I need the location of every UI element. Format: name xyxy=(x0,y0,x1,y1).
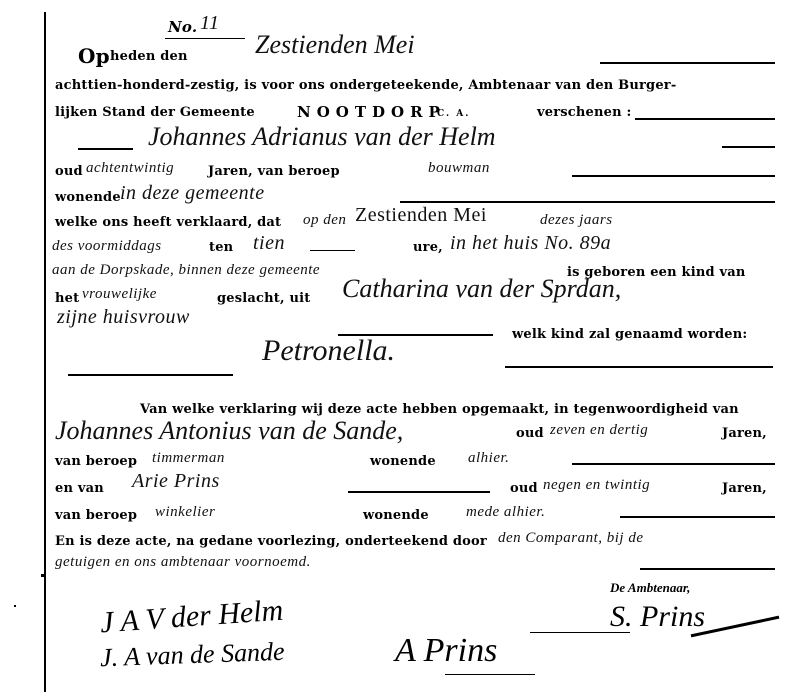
years-occupation-label: Jaren, van beroep xyxy=(208,164,340,179)
appeared-text: verschenen : xyxy=(537,105,632,120)
municipality-name: NOOTDORP xyxy=(297,103,446,121)
child-sex-handwritten: vrouwelijke xyxy=(82,286,157,303)
fill-line xyxy=(620,516,775,518)
wife-handwritten: zijne huisvrouw xyxy=(57,306,190,329)
father-occupation-handwritten: bouwman xyxy=(428,160,490,177)
witness1-residence-label: wonende xyxy=(370,454,436,469)
fill-line xyxy=(78,148,133,150)
date-handwritten: Zestienden Mei xyxy=(255,30,415,60)
opening-initial: Op xyxy=(78,44,110,68)
mother-name-handwritten: Catharina van der Sprdan, xyxy=(342,274,621,304)
witness2-occupation-label: van beroep xyxy=(55,508,137,523)
witness-intro-text: Van welke verklaring wij deze acte hebbe… xyxy=(140,402,739,417)
residence-label: wonende xyxy=(55,190,121,205)
fill-line xyxy=(310,250,355,251)
fill-line xyxy=(600,62,775,64)
age-label: oud xyxy=(55,164,83,179)
fill-line xyxy=(400,201,775,203)
fill-line xyxy=(635,118,775,120)
signature-witness1: J. A van de Sande xyxy=(100,637,286,673)
number-underline xyxy=(165,38,245,39)
witness1-residence-handwritten: alhier. xyxy=(468,450,509,467)
witness2-age-handwritten: negen en twintig xyxy=(543,477,650,494)
margin-mark xyxy=(14,605,16,607)
fill-line xyxy=(68,374,233,376)
father-age-handwritten: achtentwintig xyxy=(86,160,174,177)
municipality-abbrev: C. A. xyxy=(437,109,470,119)
witness2-years-label: Jaren, xyxy=(722,481,767,496)
birth-certificate-page: No. 11 Op heden den Zestienden Mei achtt… xyxy=(0,0,800,700)
witness2-residence-label: wonende xyxy=(363,508,429,523)
closing-continued-handwritten: getuigen en ons ambtenaar voornoemd. xyxy=(55,554,311,571)
hour-label: ure, xyxy=(413,240,443,255)
witness2-occupation-handwritten: winkelier xyxy=(155,504,215,521)
year-official-text: achttien-honderd-zestig, is voor ons ond… xyxy=(55,78,676,93)
witness2-age-label: oud xyxy=(510,481,538,496)
morning-handwritten: des voormiddags xyxy=(52,238,162,255)
left-margin-rule xyxy=(44,12,46,692)
witness1-occupation-label: van beroep xyxy=(55,454,137,469)
witness2-name-handwritten: Arie Prins xyxy=(132,470,220,493)
father-name-handwritten: Johannes Adrianus van der Helm xyxy=(148,122,496,152)
fill-line xyxy=(722,146,775,148)
closing-text: En is deze acte, na gedane voorlezing, o… xyxy=(55,534,487,549)
birth-street-handwritten: aan de Dorpskade, binnen deze gemeente xyxy=(52,262,320,279)
signature-underline xyxy=(445,674,535,675)
fill-line xyxy=(348,491,490,493)
witness2-residence-handwritten: mede alhier. xyxy=(466,504,545,521)
witness1-years-label: Jaren, xyxy=(722,426,767,441)
and-of-label: en van xyxy=(55,481,104,496)
witness1-age-label: oud xyxy=(516,426,544,441)
declared-text: welke ons heeft verklaard, dat xyxy=(55,215,281,230)
signature-father: J A V der Helm xyxy=(99,594,284,641)
fill-line xyxy=(572,463,775,465)
registrar-title: De Ambtenaar, xyxy=(610,580,690,596)
certificate-number-label: No. xyxy=(168,18,197,36)
birth-hour-handwritten: tien xyxy=(253,232,285,255)
birth-house-handwritten: in het huis No. 89a xyxy=(450,232,611,255)
fill-line xyxy=(505,366,773,368)
child-name-label: welk kind zal genaamd worden: xyxy=(512,327,747,342)
margin-mark xyxy=(41,574,44,577)
witness1-occupation-handwritten: timmerman xyxy=(152,450,225,467)
sex-from-label: geslacht, uit xyxy=(217,291,310,306)
child-name-handwritten: Petronella. xyxy=(262,334,395,368)
witness1-age-handwritten: zeven en dertig xyxy=(550,422,648,439)
closing-handwritten: den Comparant, bij de xyxy=(498,530,644,547)
the-label: het xyxy=(55,291,79,306)
on-the-handwritten: op den xyxy=(303,212,346,229)
certificate-number-value: 11 xyxy=(200,12,220,35)
witness1-name-handwritten: Johannes Antonius van de Sande, xyxy=(55,416,403,446)
municipality-text: lijken Stand der Gemeente xyxy=(55,105,255,120)
signature-witness2: A Prins xyxy=(395,632,497,670)
opening-text: heden den xyxy=(110,49,188,64)
father-residence-handwritten: in deze gemeente xyxy=(120,182,265,205)
fill-line xyxy=(572,175,775,177)
at-label: ten xyxy=(209,240,233,255)
this-year-handwritten: dezes jaars xyxy=(540,212,613,229)
fill-line xyxy=(640,568,775,570)
signature-registrar: S. Prins xyxy=(610,600,705,634)
birth-date-handwritten: Zestienden Mei xyxy=(355,204,487,227)
